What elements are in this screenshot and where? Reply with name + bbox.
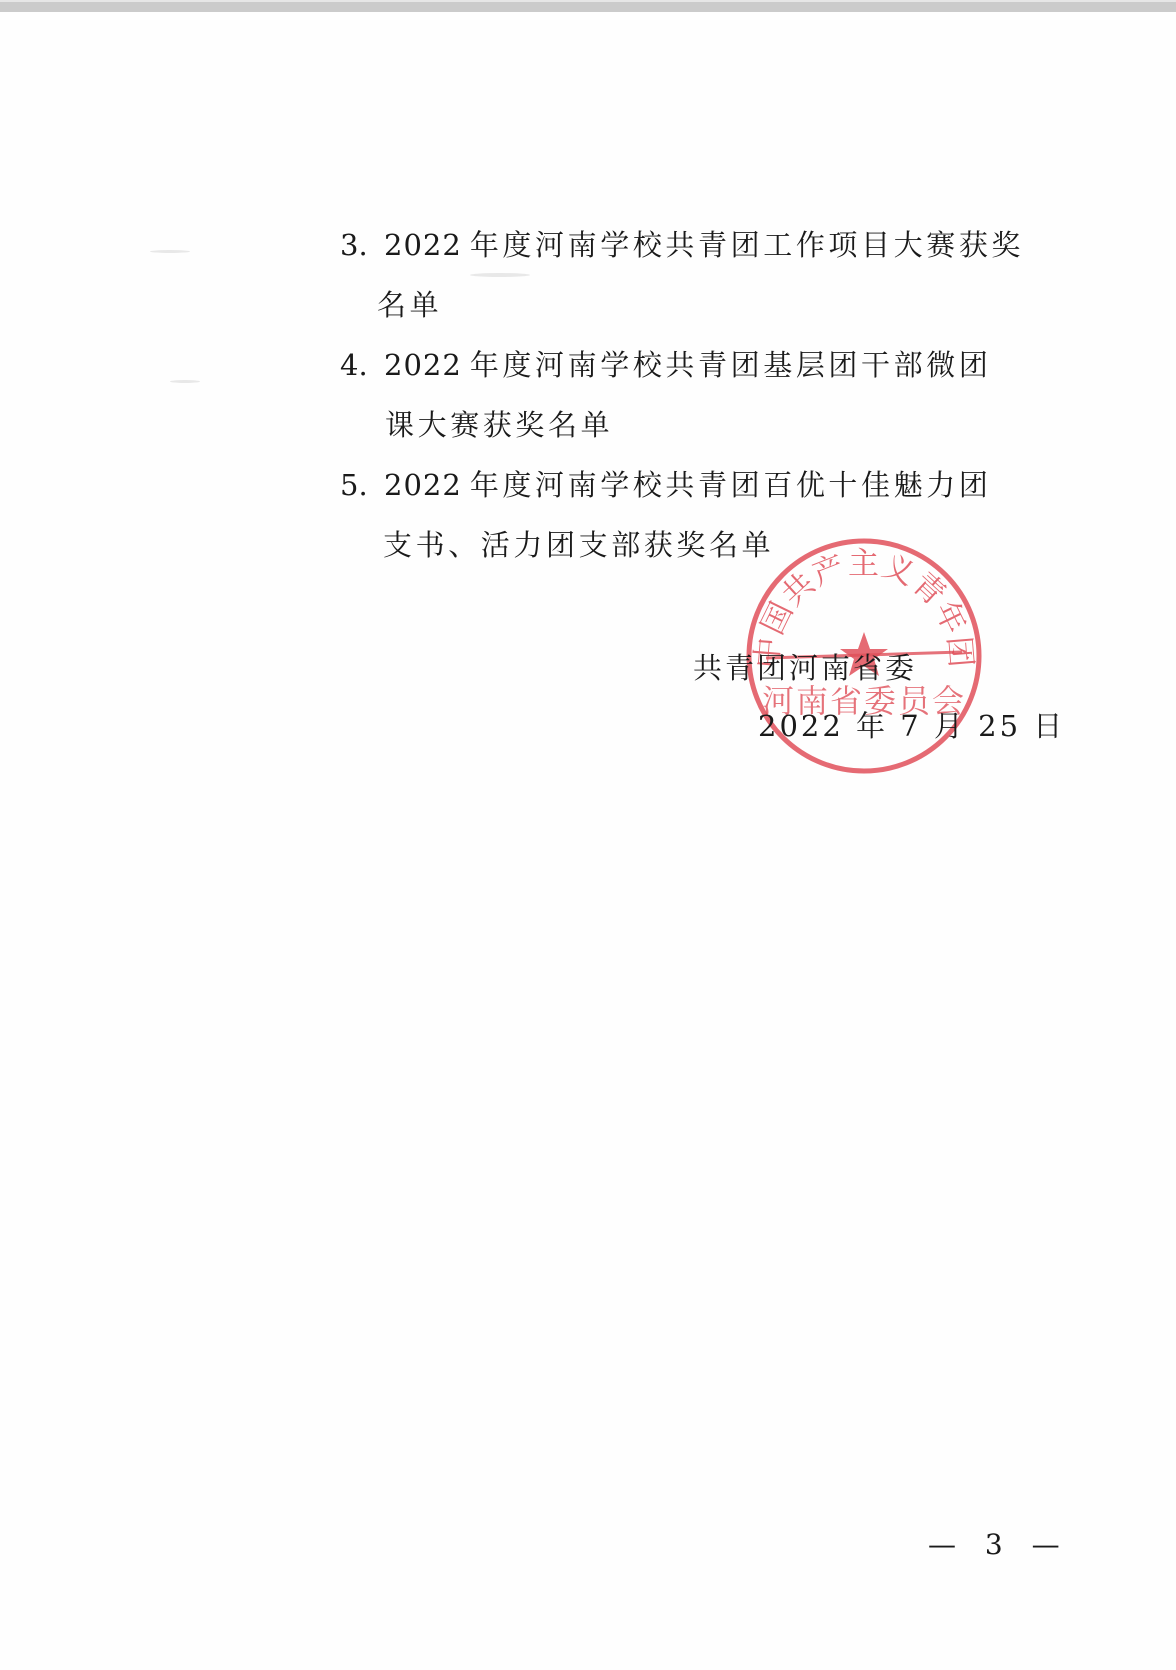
- list-item-3-line-1: 3.2022年度河南学校共青团工作项目大赛获奖: [340, 228, 1024, 262]
- issuing-organization: 共青团河南省委: [693, 646, 917, 687]
- item-number: 5.: [340, 468, 384, 502]
- scan-artifact: [170, 380, 200, 383]
- item-number: 4.: [340, 348, 384, 382]
- item-number: 3.: [340, 228, 384, 262]
- item-year: 2022: [384, 228, 462, 262]
- scan-artifact: [470, 273, 530, 277]
- item-title: 年度河南学校共青团基层团干部微团: [470, 348, 992, 382]
- list-item-5-line-1: 5.2022年度河南学校共青团百优十佳魅力团: [340, 468, 991, 502]
- viewer-top-bar: [0, 0, 1176, 12]
- list-item-5-line-2: 支书、活力团支部获奖名单: [383, 528, 774, 562]
- item-year: 2022: [384, 348, 462, 382]
- list-item-4-line-2: 课大赛获奖名单: [385, 408, 613, 442]
- item-year: 2022: [384, 468, 462, 502]
- item-title: 年度河南学校共青团百优十佳魅力团: [470, 468, 992, 502]
- scan-artifact: [150, 250, 190, 253]
- issue-date: 2022 年 7 月 25 日: [758, 704, 1065, 745]
- list-item-3-line-2: 名单: [377, 288, 442, 322]
- item-title: 年度河南学校共青团工作项目大赛获奖: [470, 228, 1024, 262]
- list-item-4-line-1: 4.2022年度河南学校共青团基层团干部微团: [340, 348, 991, 382]
- page-number: — 3 —: [928, 1528, 1070, 1561]
